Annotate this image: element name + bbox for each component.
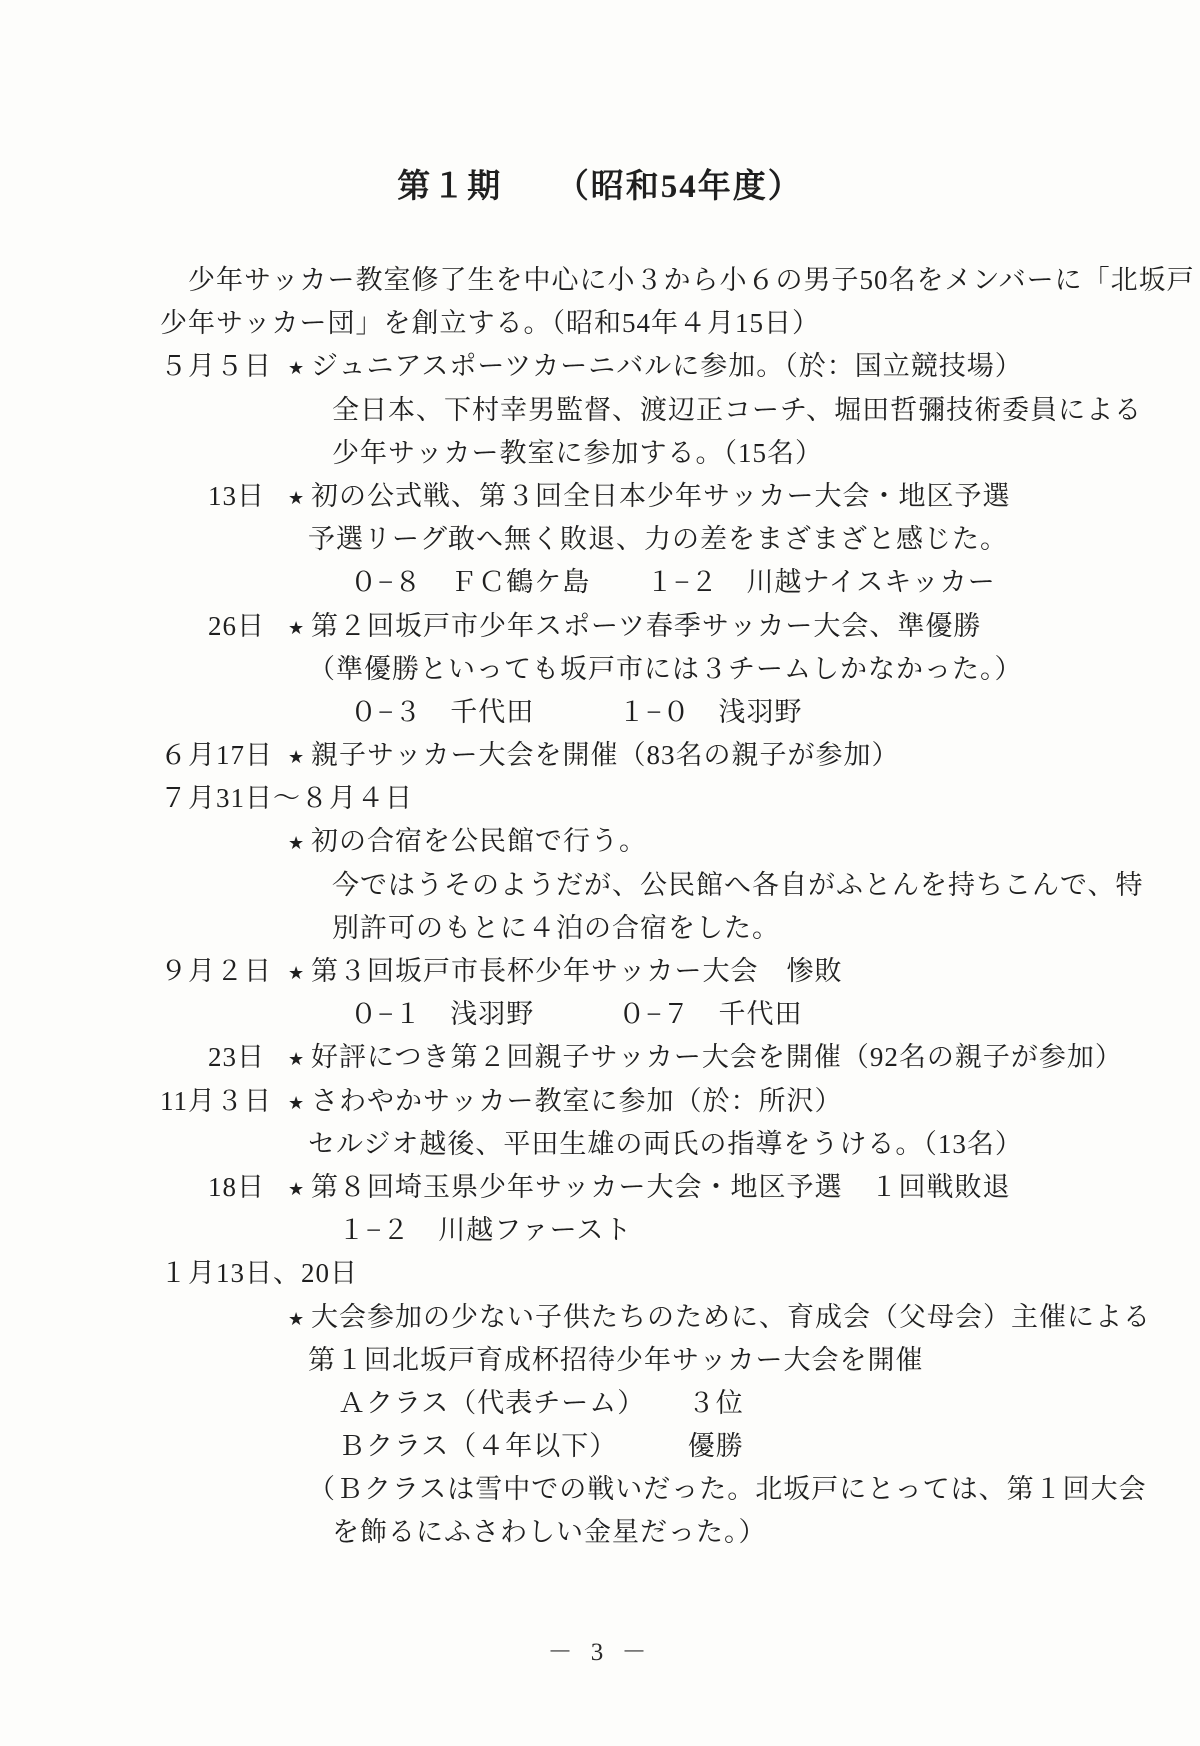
line-text: 好評につき第２回親子サッカー大会を開催（92名の親子が参加） [311, 1042, 1123, 1072]
timeline-line: 18日★第８回埼玉県少年サッカー大会・地区予選 １回戦敗退 [160, 1166, 1200, 1209]
page-number: － 3 － [0, 1632, 1200, 1668]
line-text: 全日本、下村幸男監督、渡辺正コーチ、堀田哲彌技術委員による [332, 395, 1142, 425]
line-text: Ａクラス（代表チーム） ３位 [338, 1388, 744, 1418]
timeline-line: 13日★初の公式戦、第３回全日本少年サッカー大会・地区予選 [160, 475, 1200, 518]
line-text: 第１回北坂戸育成杯招待少年サッカー大会を開催 [308, 1345, 923, 1375]
timeline-line: １−２ 川越ファースト [338, 1209, 1200, 1252]
timeline-line: ★初の合宿を公民館で行う。 [288, 820, 1200, 863]
line-text: 初の公式戦、第３回全日本少年サッカー大会・地区予選 [311, 481, 1010, 511]
line-text: （Ｂクラスは雪中での戦いだった。北坂戸にとっては、第１回大会 [308, 1474, 1147, 1504]
line-text: ジュニアスポーツカーニバルに参加。（於：国立競技場） [311, 351, 1023, 381]
timeline-line: 少年サッカー教室に参加する。（15名） [332, 432, 1200, 475]
timeline-line: 26日★第２回坂戸市少年スポーツ春季サッカー大会、準優勝 [160, 605, 1200, 648]
timeline-line: 別許可のもとに４泊の合宿をした。 [332, 907, 1200, 950]
date-label: 11月３日 [160, 1080, 288, 1123]
line-text: 少年サッカー団」を創立する。（昭和54年４月15日） [160, 308, 820, 338]
line-text: ０−３ 千代田 １−０ 浅羽野 [350, 697, 802, 727]
line-text: 大会参加の少ない子供たちのために、育成会（父母会）主催による [311, 1302, 1151, 1332]
line-text: （準優勝といっても坂戸市には３チームしかなかった。） [308, 654, 1023, 684]
timeline-line: ★大会参加の少ない子供たちのために、育成会（父母会）主催による [288, 1296, 1200, 1339]
timeline-line: 11月３日★さわやかサッカー教室に参加（於：所沢） [160, 1080, 1200, 1123]
date-label: 13日 [160, 475, 288, 518]
timeline-line: 23日★好評につき第２回親子サッカー大会を開催（92名の親子が参加） [160, 1036, 1200, 1079]
date-label: ６月17日 [160, 734, 288, 777]
line-text: 今ではうそのようだが、公民館へ各自がふとんを持ちこんで、特 [332, 870, 1143, 900]
timeline-line: 少年サッカー教室修了生を中心に小３から小６の男子50名をメンバーに「北坂戸 [160, 259, 1200, 302]
line-text: ０−１ 浅羽野 ０−７ 千代田 [350, 999, 802, 1029]
timeline-line: ６月17日★親子サッカー大会を開催（83名の親子が参加） [160, 734, 1200, 777]
timeline-line: を飾るにふさわしい金星だった。） [332, 1511, 1200, 1554]
date-label: 26日 [160, 605, 288, 648]
star-icon: ★ [288, 607, 311, 650]
line-text: 第２回坂戸市少年スポーツ春季サッカー大会、準優勝 [311, 611, 981, 641]
date-label: 23日 [160, 1036, 288, 1079]
star-icon: ★ [288, 477, 311, 520]
star-icon: ★ [288, 736, 311, 779]
timeline-line: ０−１ 浅羽野 ０−７ 千代田 [350, 993, 1200, 1036]
line-text: を飾るにふさわしい金星だった。） [332, 1517, 767, 1547]
line-text: 予選リーグ敢へ無く敗退、力の差をまざまざと感じた。 [308, 524, 1008, 554]
line-text: セルジオ越後、平田生雄の両氏の指導をうける。（13名） [308, 1129, 1023, 1159]
date-label: ９月２日 [160, 950, 288, 993]
page-title: 第１期 （昭和54年度） [0, 0, 1200, 207]
timeline-line: 全日本、下村幸男監督、渡辺正コーチ、堀田哲彌技術委員による [332, 389, 1200, 432]
star-icon: ★ [288, 1082, 311, 1125]
timeline-line: Ｂクラス（４年以下） 優勝 [338, 1425, 1200, 1468]
date-label: ７月31日～８月４日 [160, 777, 288, 820]
line-text: 第３回坂戸市長杯少年サッカー大会 惨敗 [311, 956, 842, 986]
document-page: 第１期 （昭和54年度） 少年サッカー教室修了生を中心に小３から小６の男子50名… [0, 0, 1200, 1746]
timeline-line: 今ではうそのようだが、公民館へ各自がふとんを持ちこんで、特 [332, 864, 1200, 907]
line-text: 少年サッカー教室修了生を中心に小３から小６の男子50名をメンバーに「北坂戸 [188, 265, 1195, 295]
line-text: さわやかサッカー教室に参加（於：所沢） [311, 1086, 842, 1116]
date-label: 18日 [160, 1166, 288, 1209]
timeline-line: ０−３ 千代田 １−０ 浅羽野 [350, 691, 1200, 734]
star-icon: ★ [288, 952, 311, 995]
timeline-line: Ａクラス（代表チーム） ３位 [338, 1382, 1200, 1425]
timeline-line: ０−８ ＦＣ鶴ケ島 １−２ 川越ナイスキッカー [350, 561, 1200, 604]
line-text: １−２ 川越ファースト [338, 1215, 632, 1245]
date-label: １月13日、20日 [160, 1252, 288, 1295]
line-text: 少年サッカー教室に参加する。（15名） [332, 438, 823, 468]
line-text: 初の合宿を公民館で行う。 [311, 826, 647, 856]
line-text: 第８回埼玉県少年サッカー大会・地区予選 １回戦敗退 [311, 1172, 1010, 1202]
star-icon: ★ [288, 822, 311, 865]
timeline-line: ９月２日★第３回坂戸市長杯少年サッカー大会 惨敗 [160, 950, 1200, 993]
line-text: Ｂクラス（４年以下） 優勝 [338, 1431, 744, 1461]
timeline-line: （Ｂクラスは雪中での戦いだった。北坂戸にとっては、第１回大会 [308, 1468, 1200, 1511]
timeline-line: ５月５日★ジュニアスポーツカーニバルに参加。（於：国立競技場） [160, 345, 1200, 388]
timeline-line: ７月31日～８月４日 [160, 777, 1200, 820]
line-text: 別許可のもとに４泊の合宿をした。 [332, 913, 780, 943]
timeline-line: 少年サッカー団」を創立する。（昭和54年４月15日） [160, 302, 1200, 345]
star-icon: ★ [288, 1298, 311, 1341]
star-icon: ★ [288, 347, 311, 390]
timeline-line: セルジオ越後、平田生雄の両氏の指導をうける。（13名） [308, 1123, 1200, 1166]
timeline-line: 予選リーグ敢へ無く敗退、力の差をまざまざと感じた。 [308, 518, 1200, 561]
line-text: ０−８ ＦＣ鶴ケ島 １−２ 川越ナイスキッカー [350, 567, 996, 597]
star-icon: ★ [288, 1168, 311, 1211]
timeline-line: （準優勝といっても坂戸市には３チームしかなかった。） [308, 648, 1200, 691]
date-label: ５月５日 [160, 345, 288, 388]
timeline-line: １月13日、20日 [160, 1252, 1200, 1295]
timeline: 少年サッカー教室修了生を中心に小３から小６の男子50名をメンバーに「北坂戸少年サ… [0, 259, 1200, 1555]
timeline-line: 第１回北坂戸育成杯招待少年サッカー大会を開催 [308, 1339, 1200, 1382]
star-icon: ★ [288, 1038, 311, 1081]
line-text: 親子サッカー大会を開催（83名の親子が参加） [311, 740, 899, 770]
